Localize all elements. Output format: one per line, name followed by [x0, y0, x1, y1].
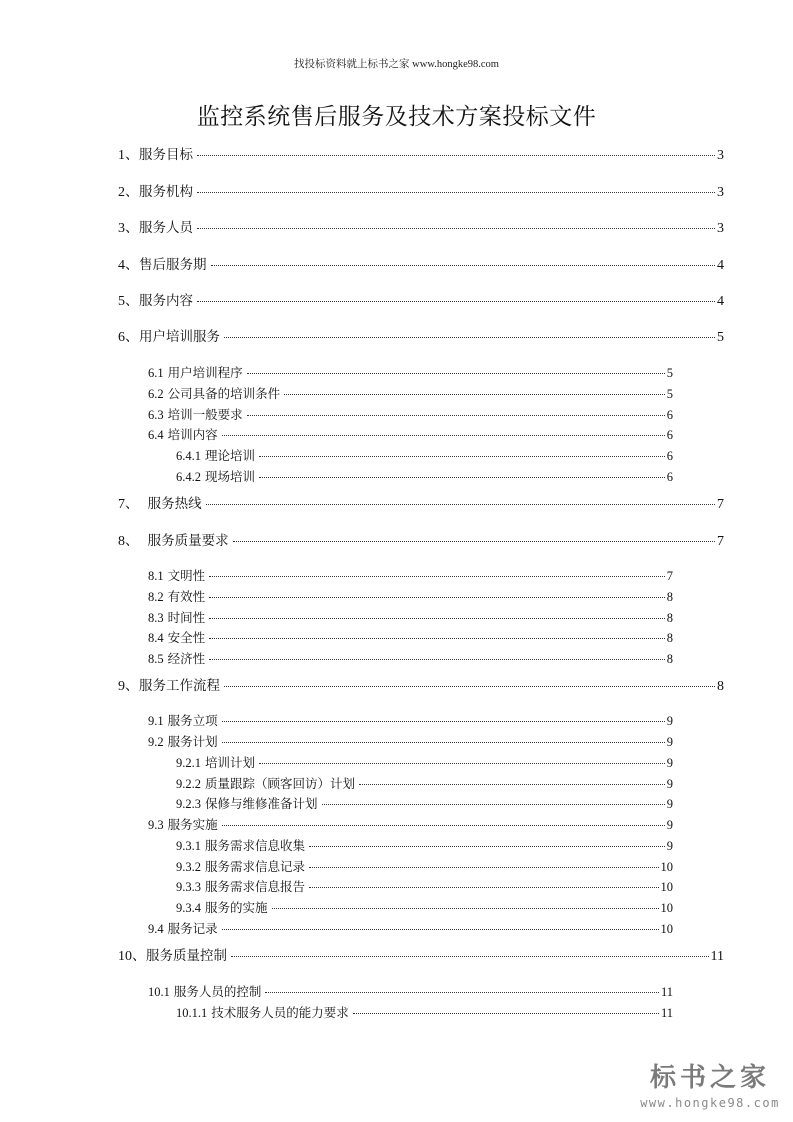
toc-entry-text: 用户培训程序: [168, 366, 243, 380]
toc-page-number: 8: [667, 611, 673, 626]
toc-entry[interactable]: 9、服务工作流程8: [118, 674, 724, 695]
toc-entry[interactable]: 5、服务内容4: [118, 289, 724, 310]
toc-entry[interactable]: 6.4.2现场培训6: [176, 467, 673, 485]
toc-entry-number: 6、: [118, 330, 139, 345]
toc-entry[interactable]: 10.1服务人员的控制11: [148, 982, 673, 1000]
toc-entry-label: 8.2有效性: [148, 587, 207, 605]
toc-entry-text: 服务工作流程: [139, 678, 220, 694]
toc-page-number: 3: [717, 185, 724, 201]
toc-entry[interactable]: 9.1服务立项9: [148, 711, 673, 729]
toc-entry-number: 6.4.1: [176, 449, 201, 463]
toc-entry[interactable]: 6.2公司具备的培训条件5: [148, 384, 673, 402]
toc-entry-text: 公司具备的培训条件: [168, 387, 281, 401]
toc-entry-label: 6、用户培训服务: [118, 325, 222, 346]
dot-leader: [224, 686, 715, 687]
toc-entry[interactable]: 9.3.2服务需求信息记录10: [176, 857, 673, 875]
dot-leader: [222, 825, 665, 826]
toc-entry-number: 6.2: [148, 387, 164, 401]
toc-page-number: 5: [667, 366, 673, 381]
toc-entry-text: 培训内容: [168, 428, 218, 442]
toc-entry[interactable]: 9.3.3服务需求信息报告10: [176, 877, 673, 895]
toc-page-number: 11: [661, 1006, 673, 1021]
dot-leader: [197, 192, 715, 193]
dot-leader: [197, 228, 715, 229]
toc-entry-text: 安全性: [168, 631, 206, 645]
toc-entry[interactable]: 9.3.4服务的实施10: [176, 898, 673, 916]
toc-entry-label: 6.3培训一般要求: [148, 405, 245, 423]
toc-page-number: 10: [661, 901, 674, 916]
toc-page-number: 6: [667, 470, 673, 485]
toc-page-number: 10: [661, 922, 674, 937]
toc-entry-label: 8.1文明性: [148, 566, 207, 584]
toc-entry-text: 服务的实施: [205, 901, 268, 915]
toc-entry-number: 9.2: [148, 735, 164, 749]
toc-entry-number: 9.1: [148, 714, 164, 728]
toc-entry-number: 6.1: [148, 366, 164, 380]
toc-page-number: 11: [711, 949, 724, 965]
toc-entry-number: 9.4: [148, 922, 164, 936]
toc-entry-label: 10.1服务人员的控制: [148, 982, 263, 1000]
document-title: 监控系统售后服务及技术方案投标文件: [0, 98, 793, 131]
toc-entry-number: 9.3.4: [176, 901, 201, 915]
toc-entry[interactable]: 3、服务人员3: [118, 216, 724, 237]
toc-entry-number: 6.3: [148, 408, 164, 422]
dot-leader: [231, 956, 709, 957]
toc-entry[interactable]: 9.3.1服务需求信息收集9: [176, 836, 673, 854]
dot-leader: [209, 618, 665, 619]
toc-entry-number: 8.2: [148, 590, 164, 604]
dot-leader: [222, 929, 659, 930]
toc-entry-number: 6.4.2: [176, 470, 201, 484]
toc-entry-label: 9.2.2质量跟踪（顾客回访）计划: [176, 774, 357, 792]
toc-entry-label: 1、服务目标: [118, 143, 195, 164]
toc-entry-label: 7、 服务热线: [118, 492, 204, 513]
toc-entry-number: 2、: [118, 185, 139, 200]
toc-page-number: 6: [667, 408, 673, 423]
toc-entry-label: 2、服务机构: [118, 180, 195, 201]
toc-entry-label: 6.4.1理论培训: [176, 446, 257, 464]
toc-entry-label: 9.2.3保修与维修准备计划: [176, 794, 320, 812]
toc-entry-label: 6.2公司具备的培训条件: [148, 384, 282, 402]
toc-entry-text: 时间性: [168, 611, 206, 625]
toc-page-number: 9: [667, 735, 673, 750]
watermark-logo: 标书之家 www.hongke98.com: [635, 1057, 785, 1110]
toc-entry[interactable]: 9.3服务实施9: [148, 815, 673, 833]
toc-entry-label: 9.3.4服务的实施: [176, 898, 270, 916]
toc-entry[interactable]: 4、售后服务期4: [118, 253, 724, 274]
toc-entry-text: 质量跟踪（顾客回访）计划: [205, 777, 355, 791]
toc-entry[interactable]: 8.2有效性8: [148, 587, 673, 605]
toc-entry-label: 8.5经济性: [148, 649, 207, 667]
toc-entry[interactable]: 6.1用户培训程序5: [148, 363, 673, 381]
toc-entry-text: 服务质量控制: [146, 948, 227, 964]
toc-entry[interactable]: 9.2.3保修与维修准备计划9: [176, 794, 673, 812]
toc-entry-text: 文明性: [168, 569, 206, 583]
toc-page-number: 10: [661, 880, 674, 895]
toc-entry-text: 服务需求信息收集: [205, 839, 305, 853]
toc-page-number: 7: [717, 534, 724, 550]
toc-entry[interactable]: 7、 服务热线7: [118, 492, 724, 513]
toc-entry-label: 9.4服务记录: [148, 919, 220, 937]
dot-leader: [353, 1013, 659, 1014]
toc-entry-number: 8.4: [148, 631, 164, 645]
toc-page-number: 5: [667, 387, 673, 402]
toc-entry-number: 8.3: [148, 611, 164, 625]
dot-leader: [211, 265, 716, 266]
toc-entry-text: 服务人员的控制: [174, 985, 262, 999]
dot-leader: [309, 867, 658, 868]
toc-page-number: 8: [667, 590, 673, 605]
dot-leader: [284, 394, 665, 395]
toc-entry-text: 培训一般要求: [168, 408, 243, 422]
dot-leader: [209, 597, 665, 598]
dot-leader: [259, 763, 665, 764]
toc-entry-text: 服务立项: [168, 714, 218, 728]
toc-entry[interactable]: 10.1.1技术服务人员的能力要求11: [176, 1003, 673, 1021]
toc-entry-label: 10、服务质量控制: [118, 944, 229, 965]
toc-page-number: 8: [667, 652, 673, 667]
toc-entry[interactable]: 2、服务机构3: [118, 180, 724, 201]
toc-entry-label: 9.3.1服务需求信息收集: [176, 836, 307, 854]
toc-page-number: 6: [667, 428, 673, 443]
toc-page-number: 4: [717, 258, 724, 274]
toc-entry-text: 售后服务期: [139, 257, 207, 273]
toc-entry-text: 保修与维修准备计划: [205, 797, 318, 811]
toc-page-number: 8: [717, 679, 724, 695]
toc-entry[interactable]: 9.2.1培训计划9: [176, 753, 673, 771]
toc-entry-number: 4、: [118, 258, 139, 273]
dot-leader: [209, 659, 665, 660]
toc-entry-label: 8.3时间性: [148, 608, 207, 626]
dot-leader: [359, 784, 665, 785]
toc-entry-text: 服务目标: [139, 147, 193, 163]
toc-entry-label: 5、服务内容: [118, 289, 195, 310]
toc-entry-label: 9.2.1培训计划: [176, 753, 257, 771]
toc-entry-number: 9.3.1: [176, 839, 201, 853]
toc-entry-text: 服务需求信息报告: [205, 880, 305, 894]
dot-leader: [222, 721, 665, 722]
toc-entry-number: 10.1.1: [176, 1006, 207, 1020]
toc-entry-label: 9、服务工作流程: [118, 674, 222, 695]
toc-entry-label: 9.3.3服务需求信息报告: [176, 877, 307, 895]
toc-entry-number: 3、: [118, 221, 139, 236]
toc-page-number: 4: [717, 294, 724, 310]
toc-entry-number: 9、: [118, 679, 139, 694]
toc-entry[interactable]: 8、 服务质量要求7: [118, 529, 724, 550]
toc-page-number: 3: [717, 221, 724, 237]
toc-entry-label: 8.4安全性: [148, 628, 207, 646]
dot-leader: [209, 576, 665, 577]
dot-leader: [259, 456, 665, 457]
toc-entry-label: 9.1服务立项: [148, 711, 220, 729]
toc-entry[interactable]: 9.2服务计划9: [148, 732, 673, 750]
toc-page-number: 3: [717, 148, 724, 164]
toc-entry-number: 1、: [118, 148, 139, 163]
dot-leader: [206, 504, 715, 505]
toc-entry-text: 服务内容: [139, 293, 193, 309]
dot-leader: [259, 477, 665, 478]
dot-leader: [197, 155, 715, 156]
toc-entry[interactable]: 8.1文明性7: [148, 566, 673, 584]
toc-entry[interactable]: 8.3时间性8: [148, 608, 673, 626]
toc-entry-number: 9.2.3: [176, 797, 201, 811]
watermark-brand: 标书之家: [635, 1057, 785, 1094]
dot-leader: [209, 638, 665, 639]
toc-entry-number: 8.1: [148, 569, 164, 583]
toc-page-number: 11: [661, 985, 673, 1000]
toc-entry[interactable]: 8.5经济性8: [148, 649, 673, 667]
toc-page-number: 7: [667, 569, 673, 584]
toc-page-number: 5: [717, 330, 724, 346]
toc-entry-text: 理论培训: [205, 449, 255, 463]
toc-page-number: 6: [667, 449, 673, 464]
dot-leader: [309, 887, 658, 888]
toc-entry-text: 用户培训服务: [139, 329, 220, 345]
toc-entry-text: 服务人员: [139, 220, 193, 236]
toc-entry[interactable]: 9.4服务记录10: [148, 919, 673, 937]
toc-entry-number: 9.2.2: [176, 777, 201, 791]
toc-entry[interactable]: 6.4培训内容6: [148, 425, 673, 443]
dot-leader: [322, 804, 665, 805]
toc-entry-label: 9.3服务实施: [148, 815, 220, 833]
toc-entry-text: 服务记录: [168, 922, 218, 936]
toc-entry-number: 7、: [118, 497, 139, 512]
toc-entry-label: 6.4.2现场培训: [176, 467, 257, 485]
toc-entry-number: 9.3: [148, 818, 164, 832]
toc-entry-text: 有效性: [168, 590, 206, 604]
toc-entry-text: 服务机构: [139, 184, 193, 200]
toc-entry-label: 6.1用户培训程序: [148, 363, 245, 381]
toc-entry-label: 3、服务人员: [118, 216, 195, 237]
toc-page-number: 9: [667, 756, 673, 771]
toc-entry-number: 5、: [118, 294, 139, 309]
toc-page-number: 10: [661, 860, 674, 875]
toc-page-number: 9: [667, 797, 673, 812]
dot-leader: [247, 415, 665, 416]
toc-entry-label: 9.3.2服务需求信息记录: [176, 857, 307, 875]
dot-leader: [272, 908, 659, 909]
dot-leader: [265, 992, 659, 993]
toc-entry-text: 培训计划: [205, 756, 255, 770]
toc-entry-text: 服务计划: [168, 735, 218, 749]
toc-entry-text: 技术服务人员的能力要求: [211, 1006, 349, 1020]
toc-entry[interactable]: 6.3培训一般要求6: [148, 405, 673, 423]
toc-page-number: 9: [667, 839, 673, 854]
toc-entry-number: 9.3.3: [176, 880, 201, 894]
watermark-url: www.hongke98.com: [635, 1096, 785, 1110]
toc-entry-label: 4、售后服务期: [118, 253, 209, 274]
toc-entry-text: 服务热线: [139, 496, 202, 512]
toc-entry-text: 现场培训: [205, 470, 255, 484]
toc-entry[interactable]: 6.4.1理论培训6: [176, 446, 673, 464]
toc-entry-label: 9.2服务计划: [148, 732, 220, 750]
toc-entry-number: 10、: [118, 949, 146, 964]
dot-leader: [309, 846, 665, 847]
toc-page-number: 8: [667, 631, 673, 646]
toc-page-number: 9: [667, 714, 673, 729]
toc-page-number: 7: [717, 497, 724, 513]
dot-leader: [224, 337, 715, 338]
header-note: 找投标资料就上标书之家 www.hongke98.com: [0, 56, 793, 71]
toc-entry-number: 8.5: [148, 652, 164, 666]
toc-entry-text: 服务实施: [168, 818, 218, 832]
toc-entry-number: 9.3.2: [176, 860, 201, 874]
toc-entry-number: 10.1: [148, 985, 170, 999]
toc-entry-number: 8、: [118, 534, 139, 549]
toc-page-number: 9: [667, 818, 673, 833]
dot-leader: [233, 541, 715, 542]
toc-page-number: 9: [667, 777, 673, 792]
toc-entry[interactable]: 10、服务质量控制11: [118, 944, 724, 965]
toc-entry-number: 6.4: [148, 428, 164, 442]
toc-entry-text: 服务需求信息记录: [205, 860, 305, 874]
dot-leader: [197, 301, 715, 302]
toc-entry[interactable]: 1、服务目标3: [118, 143, 724, 164]
toc-entry-number: 9.2.1: [176, 756, 201, 770]
toc-entry[interactable]: 8.4安全性8: [148, 628, 673, 646]
toc-entry-label: 8、 服务质量要求: [118, 529, 231, 550]
dot-leader: [247, 373, 665, 374]
toc-entry[interactable]: 9.2.2质量跟踪（顾客回访）计划9: [176, 774, 673, 792]
toc-entry-label: 6.4培训内容: [148, 425, 220, 443]
toc-entry-text: 服务质量要求: [139, 533, 229, 549]
toc-entry-text: 经济性: [168, 652, 206, 666]
dot-leader: [222, 742, 665, 743]
dot-leader: [222, 435, 665, 436]
toc-entry-label: 10.1.1技术服务人员的能力要求: [176, 1003, 351, 1021]
toc-entry[interactable]: 6、用户培训服务5: [118, 325, 724, 346]
